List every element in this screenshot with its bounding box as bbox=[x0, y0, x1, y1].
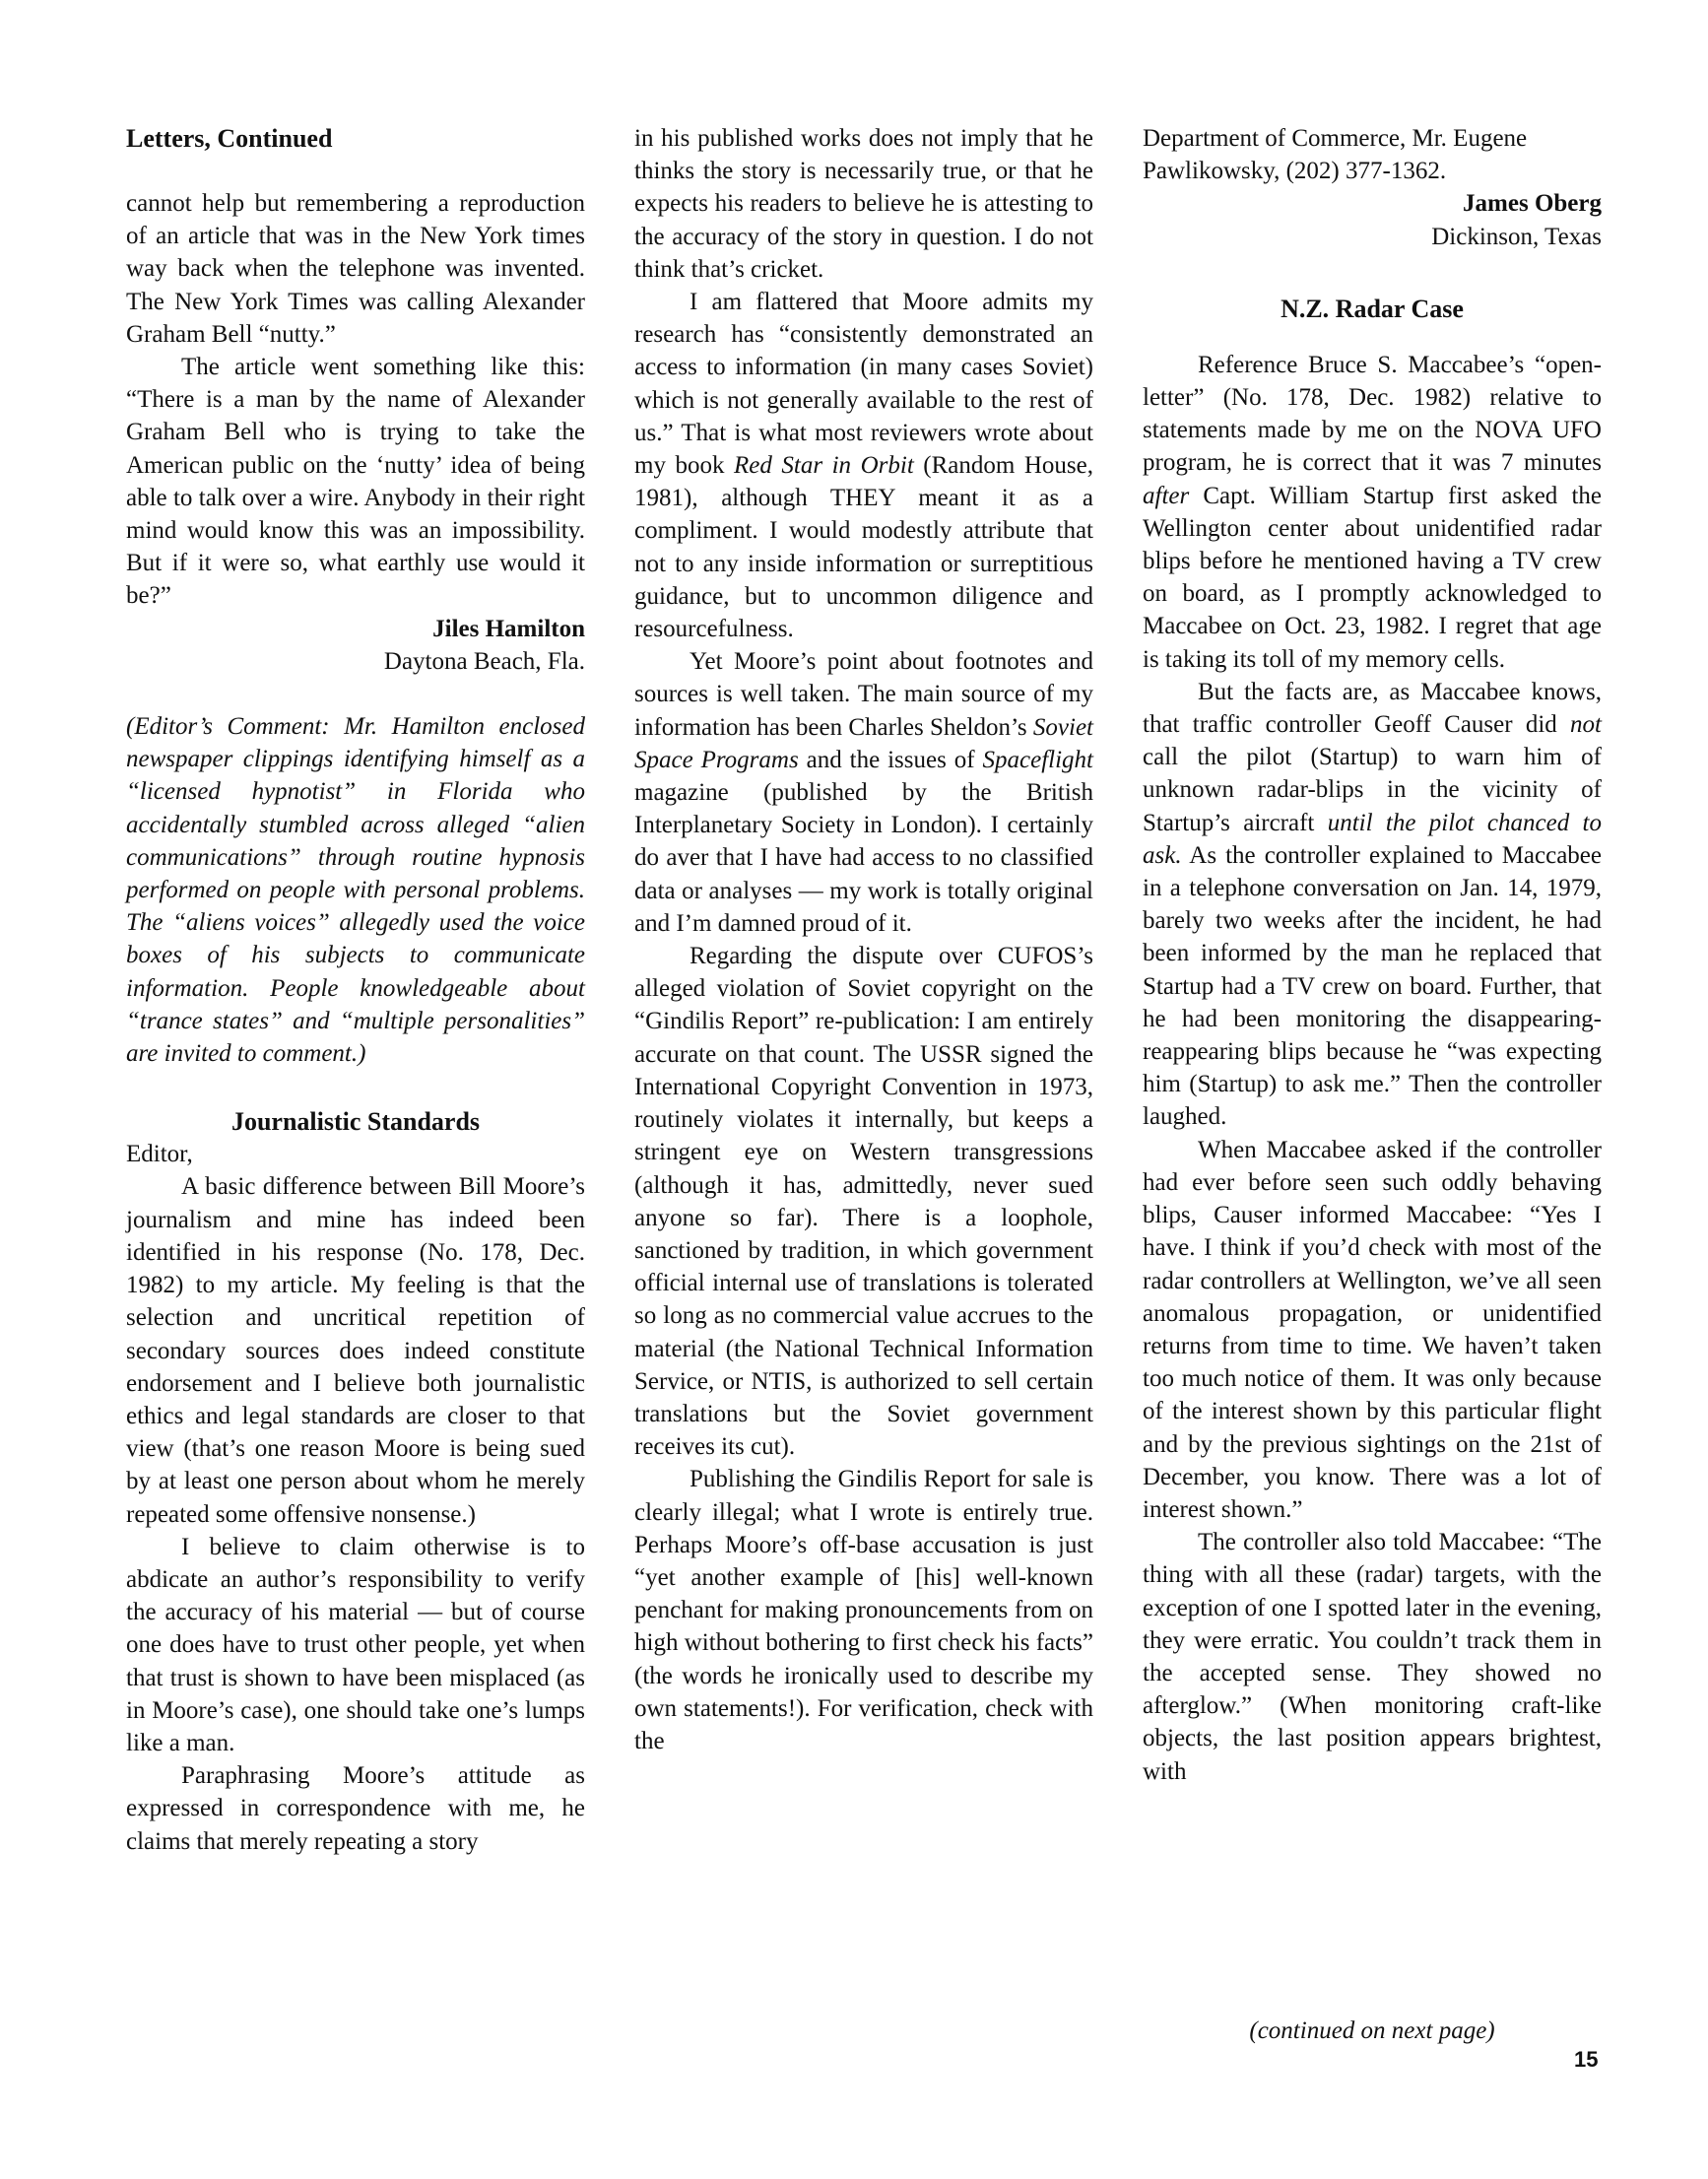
letter-paragraph: cannot help but remembering a reproducti… bbox=[126, 187, 585, 351]
letter-paragraph: The article went something like this: “T… bbox=[126, 351, 585, 613]
letter-paragraph: I am flattered that Moore admits my rese… bbox=[634, 286, 1093, 645]
signature-name: James Oberg bbox=[1143, 187, 1602, 220]
letter-paragraph: Regarding the dispute over CUFOS’s alleg… bbox=[634, 940, 1093, 1463]
magazine-page: Letters, Continued cannot help but remem… bbox=[0, 0, 1708, 2179]
text-run: Capt. William Startup first asked the We… bbox=[1143, 483, 1602, 673]
text-run: magazine (published by the British Inter… bbox=[634, 779, 1093, 937]
letter-paragraph: A basic difference between Bill Moore’s … bbox=[126, 1170, 585, 1530]
letter-paragraph: Department of Commerce, Mr. Eugene Pawli… bbox=[1143, 122, 1602, 187]
letter-paragraph: Paraphrasing Moore’s attitude as express… bbox=[126, 1759, 585, 1858]
text-run: Yet Moore’s point about footnotes and so… bbox=[634, 648, 1093, 740]
signature-place: Dickinson, Texas bbox=[1143, 221, 1602, 253]
text-run: As the controller explained to Maccabee … bbox=[1143, 842, 1602, 1131]
signature-place: Daytona Beach, Fla. bbox=[126, 645, 585, 678]
text-run: Reference Bruce S. Maccabee’s “open-lett… bbox=[1143, 352, 1602, 477]
text-run: I am flattered that Moore admits my rese… bbox=[634, 289, 1093, 479]
letter-paragraph: But the facts are, as Maccabee knows, th… bbox=[1143, 676, 1602, 1134]
editor-comment: (Editor’s Comment: Mr. Hamilton enclosed… bbox=[126, 710, 585, 1070]
continued-note: (continued on next page) bbox=[1143, 2017, 1602, 2045]
text-run: (Random House, 1981), although THEY mean… bbox=[634, 452, 1093, 642]
letter-paragraph: Publishing the Gindilis Report for sale … bbox=[634, 1463, 1093, 1757]
emphasis: after bbox=[1143, 483, 1189, 509]
letter-paragraph: in his published works does not imply th… bbox=[634, 122, 1093, 286]
signature-name: Jiles Hamilton bbox=[126, 613, 585, 645]
letter-paragraph: I believe to claim otherwise is to abdic… bbox=[126, 1531, 585, 1759]
letter-heading: N.Z. Radar Case bbox=[1143, 293, 1602, 325]
book-title: Red Star in Orbit bbox=[734, 452, 914, 479]
letter-heading: Journalistic Standards bbox=[126, 1105, 585, 1138]
salutation: Editor, bbox=[126, 1138, 585, 1170]
column-left: Letters, Continued cannot help but remem… bbox=[126, 122, 585, 1858]
section-title: Letters, Continued bbox=[126, 122, 585, 155]
column-right: Department of Commerce, Mr. Eugene Pawli… bbox=[1143, 122, 1602, 1788]
text-run: and the issues of bbox=[799, 747, 983, 773]
letter-paragraph: Yet Moore’s point about footnotes and so… bbox=[634, 645, 1093, 940]
emphasis: not bbox=[1570, 711, 1602, 738]
column-middle: in his published works does not imply th… bbox=[634, 122, 1093, 1757]
page-number: 15 bbox=[1574, 2047, 1598, 2073]
magazine-title: Spaceflight bbox=[983, 747, 1093, 773]
letter-paragraph: When Maccabee asked if the controller ha… bbox=[1143, 1134, 1602, 1526]
letter-paragraph: The controller also told Maccabee: “The … bbox=[1143, 1526, 1602, 1788]
text-run: But the facts are, as Maccabee knows, th… bbox=[1143, 679, 1602, 738]
letter-paragraph: Reference Bruce S. Maccabee’s “open-lett… bbox=[1143, 349, 1602, 676]
